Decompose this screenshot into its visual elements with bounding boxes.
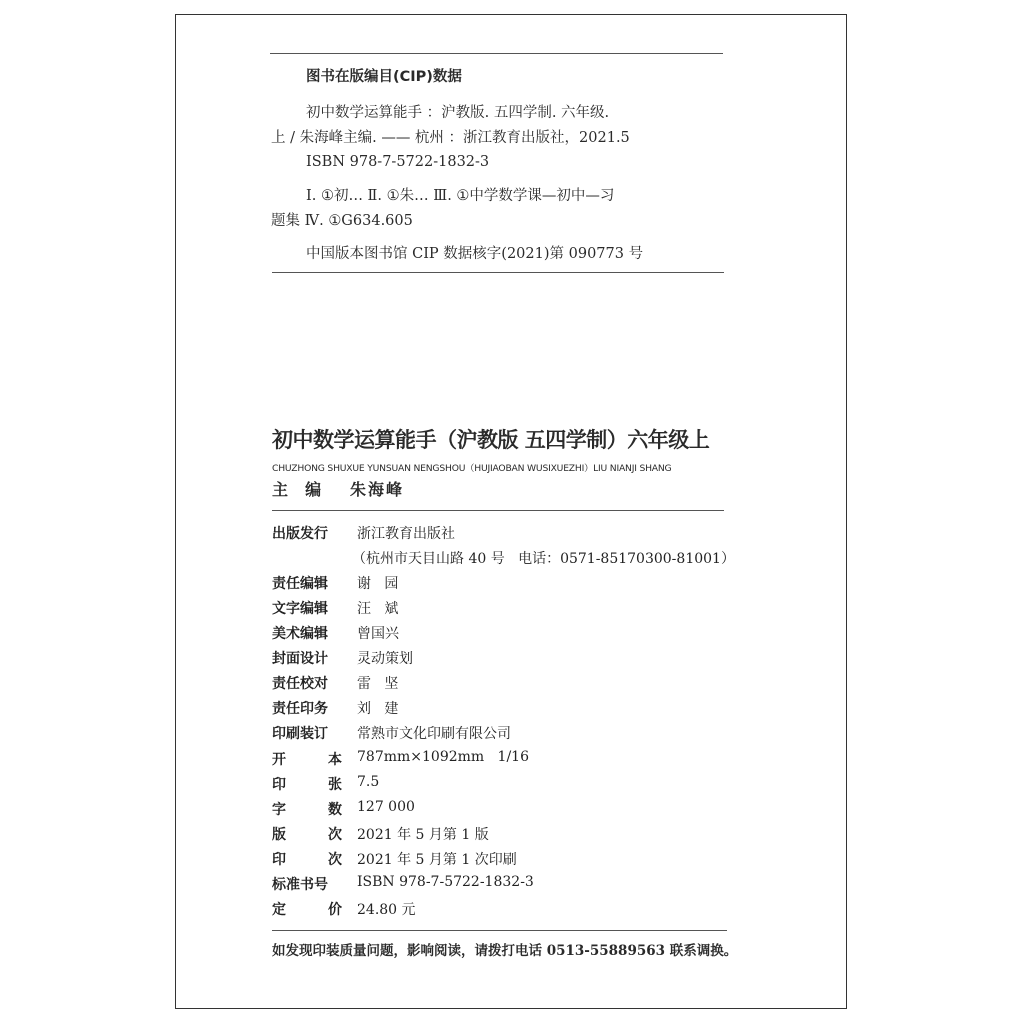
cip-line-3: ISBN 978-7-5722-1832-3: [306, 153, 489, 171]
editor-name: 朱海峰: [350, 481, 404, 499]
cip-bottom-rule: [272, 272, 724, 273]
colophon-label: 出版发行: [272, 523, 342, 543]
cip-line-2: 上 / 朱海峰主编. —— 杭州 ：浙江教育出版社，2021.5: [271, 129, 630, 147]
colophon-value: 127 000: [357, 799, 415, 815]
colophon-label: 封面设计: [272, 648, 342, 668]
footer-rule: [272, 930, 727, 931]
colophon-label: 责任校对: [272, 673, 342, 693]
colophon-label: 印张: [272, 774, 342, 794]
colophon-value: 雷 坚: [357, 673, 398, 693]
colophon-value: （杭州市天目山路 40 号 电话：0571-85170300-81001）: [352, 548, 735, 568]
cip-line-6: 中国版本图书馆 CIP 数据核字(2021)第 090773 号: [306, 245, 643, 263]
cip-line-4: Ⅰ. ①初… Ⅱ. ①朱… Ⅲ. ①中学数学课—初中—习: [306, 187, 614, 205]
colophon-value: 常熟市文化印刷有限公司: [357, 723, 511, 743]
cip-top-rule: [270, 53, 723, 54]
colophon-value: 2021 年 5 月第 1 版: [357, 824, 489, 844]
title-rule: [272, 510, 724, 511]
colophon-label: 开本: [272, 749, 342, 769]
colophon-value: 刘 建: [357, 698, 398, 718]
book-pinyin: CHUZHONG SHUXUE YUNSUAN NENGSHOU（HUJIAOB…: [272, 460, 671, 478]
book-title: 初中数学运算能手（沪教版 五四学制）六年级上: [272, 431, 709, 449]
colophon-label: 责任编辑: [272, 573, 342, 593]
colophon-label: 文字编辑: [272, 598, 342, 618]
quality-notice: 如发现印装质量问题，影响阅读，请拨打电话 0513-55889563 联系调换。: [272, 942, 737, 960]
colophon-value: 7.5: [357, 774, 379, 790]
cip-heading: 图书在版编目(CIP)数据: [306, 68, 462, 86]
colophon-value: 曾国兴: [357, 623, 399, 643]
colophon-label: 印次: [272, 849, 342, 869]
cip-line-5: 题集 Ⅳ. ①G634.605: [271, 212, 413, 230]
colophon-value: 787mm×1092mm 1/16: [357, 749, 529, 765]
cip-line-1: 初中数学运算能手 ：沪教版. 五四学制. 六年级.: [306, 104, 609, 122]
colophon-label: 字数: [272, 799, 342, 819]
colophon-label: 版次: [272, 824, 342, 844]
colophon-label: 美术编辑: [272, 623, 342, 643]
editor-label: 主 编: [272, 481, 323, 499]
colophon-value: ISBN 978-7-5722-1832-3: [357, 874, 534, 890]
colophon-value: 浙江教育出版社: [357, 523, 455, 543]
colophon-value: 2021 年 5 月第 1 次印刷: [357, 849, 517, 869]
colophon-label: 责任印务: [272, 698, 342, 718]
colophon-value: 灵动策划: [357, 648, 413, 668]
colophon-label: 定价: [272, 899, 342, 919]
colophon-label: 标准书号: [272, 874, 342, 894]
colophon-value: 24.80 元: [357, 899, 416, 919]
colophon-label: 印刷装订: [272, 723, 342, 743]
colophon-value: 谢 园: [357, 573, 398, 593]
colophon-value: 汪 斌: [357, 598, 398, 618]
